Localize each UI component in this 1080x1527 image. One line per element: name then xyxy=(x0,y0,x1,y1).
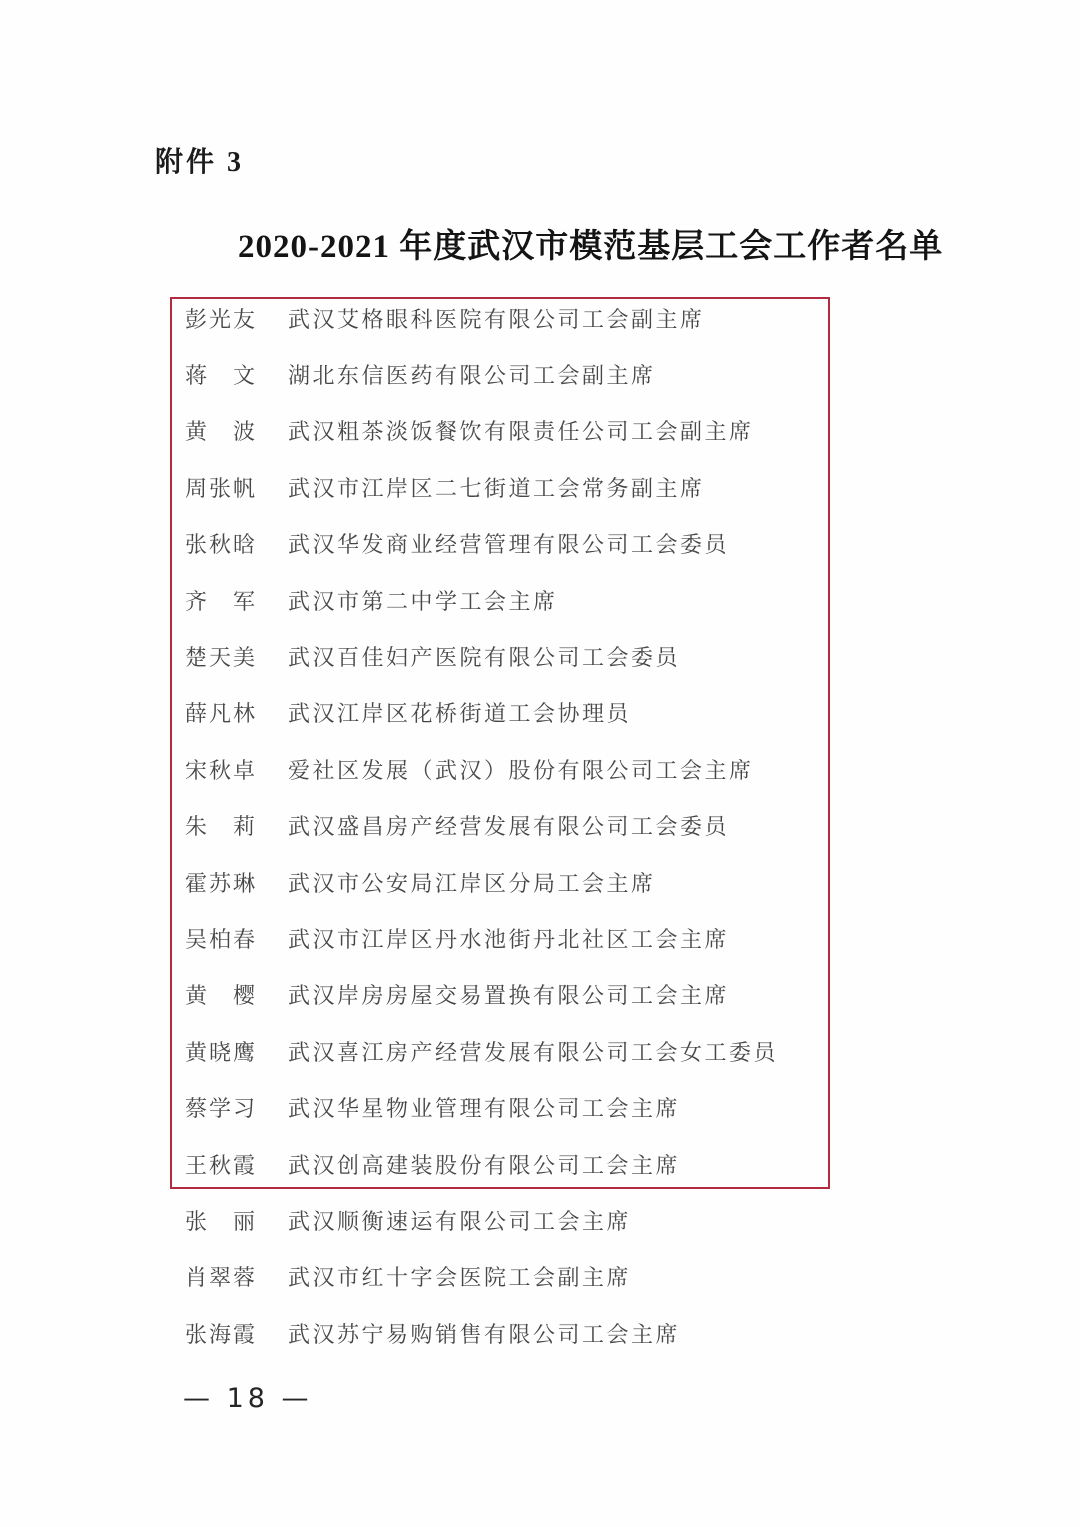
person-name: 黄 波 xyxy=(185,415,261,446)
person-position: 武汉市江岸区丹水池街丹北社区工会主席 xyxy=(288,923,729,954)
attachment-label: 附件 3 xyxy=(155,140,244,180)
person-name: 黄 樱 xyxy=(185,979,261,1010)
roster-row: 薛凡林 武汉江岸区花桥街道工会协理员 xyxy=(185,685,1005,741)
roster-row: 宋秋卓 爱社区发展（武汉）股份有限公司工会主席 xyxy=(185,741,1005,797)
person-position: 武汉喜江房产经营发展有限公司工会女工委员 xyxy=(288,1036,778,1067)
roster-row: 黄 波 武汉粗茶淡饭餐饮有限责任公司工会副主席 xyxy=(185,403,1005,459)
person-position: 武汉市红十字会医院工会副主席 xyxy=(288,1261,631,1292)
person-position: 武汉华发商业经营管理有限公司工会委员 xyxy=(288,528,729,559)
roster-row: 彭光友 武汉艾格眼科医院有限公司工会副主席 xyxy=(185,290,1005,346)
person-name: 楚天美 xyxy=(185,641,261,672)
person-position: 武汉顺衡速运有限公司工会主席 xyxy=(288,1205,631,1236)
document-page: 附件 3 2020-2021 年度武汉市模范基层工会工作者名单 彭光友 武汉艾格… xyxy=(0,0,1080,1527)
person-name: 蔡学习 xyxy=(185,1092,261,1123)
person-name: 齐 军 xyxy=(185,585,261,616)
person-position: 武汉岸房房屋交易置换有限公司工会主席 xyxy=(288,979,729,1010)
person-name: 朱 莉 xyxy=(185,810,261,841)
person-position: 武汉华星物业管理有限公司工会主席 xyxy=(288,1092,680,1123)
roster-row: 蒋 文 湖北东信医药有限公司工会副主席 xyxy=(185,346,1005,402)
person-name: 肖翠蓉 xyxy=(185,1261,261,1292)
person-position: 武汉粗茶淡饭餐饮有限责任公司工会副主席 xyxy=(288,415,754,446)
person-name: 王秋霞 xyxy=(185,1149,261,1180)
person-position: 武汉市江岸区二七街道工会常务副主席 xyxy=(288,472,705,503)
roster-row: 张海霞 武汉苏宁易购销售有限公司工会主席 xyxy=(185,1305,1005,1361)
roster-row: 蔡学习 武汉华星物业管理有限公司工会主席 xyxy=(185,1079,1005,1135)
person-position: 武汉苏宁易购销售有限公司工会主席 xyxy=(288,1318,680,1349)
person-position: 湖北东信医药有限公司工会副主席 xyxy=(288,359,656,390)
person-name: 吴柏春 xyxy=(185,923,261,954)
person-name: 彭光友 xyxy=(185,303,261,334)
person-name: 张 丽 xyxy=(185,1205,261,1236)
person-name: 黄晓鹰 xyxy=(185,1036,261,1067)
roster-row: 霍苏琳 武汉市公安局江岸区分局工会主席 xyxy=(185,854,1005,910)
person-name: 宋秋卓 xyxy=(185,754,261,785)
person-position: 武汉百佳妇产医院有限公司工会委员 xyxy=(288,641,680,672)
person-name: 蒋 文 xyxy=(185,359,261,390)
person-name: 张秋晗 xyxy=(185,528,261,559)
roster-row: 吴柏春 武汉市江岸区丹水池街丹北社区工会主席 xyxy=(185,910,1005,966)
page-number: — 18 — xyxy=(183,1383,313,1414)
person-position: 武汉江岸区花桥街道工会协理员 xyxy=(288,697,631,728)
person-position: 武汉艾格眼科医院有限公司工会副主席 xyxy=(288,303,705,334)
person-position: 武汉市公安局江岸区分局工会主席 xyxy=(288,867,656,898)
person-name: 周张帆 xyxy=(185,472,261,503)
person-position: 武汉盛昌房产经营发展有限公司工会委员 xyxy=(288,810,729,841)
roster-row: 王秋霞 武汉创高建装股份有限公司工会主席 xyxy=(185,1136,1005,1192)
person-name: 霍苏琳 xyxy=(185,867,261,898)
person-position: 武汉市第二中学工会主席 xyxy=(288,585,558,616)
roster-row: 张 丽 武汉顺衡速运有限公司工会主席 xyxy=(185,1192,1005,1248)
roster-list: 彭光友 武汉艾格眼科医院有限公司工会副主席 蒋 文 湖北东信医药有限公司工会副主… xyxy=(185,290,1005,1361)
roster-row: 张秋晗 武汉华发商业经营管理有限公司工会委员 xyxy=(185,516,1005,572)
page-title: 2020-2021 年度武汉市模范基层工会工作者名单 xyxy=(238,220,943,267)
roster-row: 黄 樱 武汉岸房房屋交易置换有限公司工会主席 xyxy=(185,967,1005,1023)
person-name: 薛凡林 xyxy=(185,697,261,728)
person-position: 武汉创高建装股份有限公司工会主席 xyxy=(288,1149,680,1180)
roster-row: 肖翠蓉 武汉市红十字会医院工会副主席 xyxy=(185,1249,1005,1305)
roster-row: 齐 军 武汉市第二中学工会主席 xyxy=(185,572,1005,628)
person-name: 张海霞 xyxy=(185,1318,261,1349)
roster-row: 周张帆 武汉市江岸区二七街道工会常务副主席 xyxy=(185,459,1005,515)
roster-row: 朱 莉 武汉盛昌房产经营发展有限公司工会委员 xyxy=(185,798,1005,854)
person-position: 爱社区发展（武汉）股份有限公司工会主席 xyxy=(288,754,754,785)
roster-row: 楚天美 武汉百佳妇产医院有限公司工会委员 xyxy=(185,628,1005,684)
roster-row: 黄晓鹰 武汉喜江房产经营发展有限公司工会女工委员 xyxy=(185,1023,1005,1079)
